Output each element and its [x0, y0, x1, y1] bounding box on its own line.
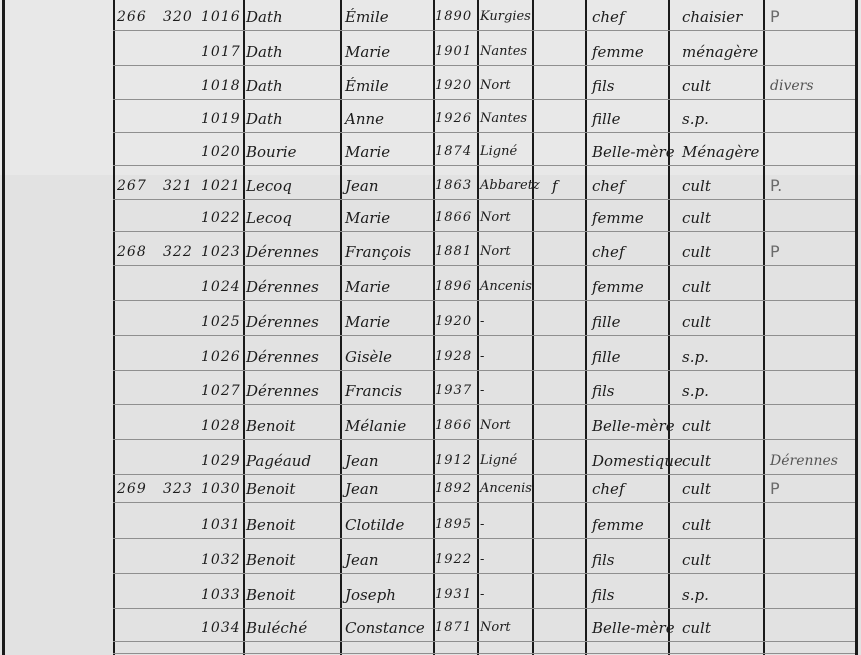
cell-relationship: femme [592, 43, 644, 61]
cell-remarks: P [770, 8, 780, 26]
cell-individual-no: 1021 [201, 177, 241, 195]
cell-birth-year: 1912 [435, 452, 472, 470]
cell-first-name: Clotilde [345, 516, 404, 534]
cell-household-no: 269 [117, 480, 147, 498]
row-rule [113, 231, 855, 232]
cell-individual-no: 1017 [201, 43, 241, 61]
row-rule [113, 300, 855, 301]
cell-birth-year: 1871 [435, 619, 472, 637]
row-rule [113, 653, 855, 654]
cell-individual-no: 1034 [201, 619, 241, 637]
cell-individual-no: 1027 [201, 382, 241, 400]
cell-birthplace: Nort [480, 209, 511, 227]
right-edge-rule [855, 0, 858, 655]
cell-household-no: 266 [117, 8, 147, 26]
cell-relationship: chef [592, 480, 625, 498]
cell-relationship: femme [592, 209, 644, 227]
cell-first-name: Jean [345, 177, 379, 195]
cell-occupation: s.p. [682, 110, 709, 128]
cell-dwelling-no: 321 [163, 177, 193, 195]
row-rule [113, 641, 855, 642]
cell-first-name: Jean [345, 551, 379, 569]
cell-birthplace: Nantes [480, 43, 527, 61]
cell-birth-year: 1892 [435, 480, 472, 498]
cell-relationship: fille [592, 348, 620, 366]
cell-individual-no: 1024 [201, 278, 241, 296]
row-rule [113, 30, 855, 31]
cell-birth-year: 1928 [435, 348, 472, 366]
cell-remarks: P. [770, 177, 782, 195]
cell-birthplace: - [480, 516, 484, 534]
row-rule [113, 165, 855, 166]
cell-surname: Bourie [246, 143, 297, 161]
cell-individual-no: 1022 [201, 209, 241, 227]
cell-birth-year: 1901 [435, 43, 472, 61]
cell-birth-year: 1866 [435, 209, 472, 227]
cell-first-name: François [345, 243, 411, 261]
cell-household-no: 268 [117, 243, 147, 261]
cell-individual-no: 1026 [201, 348, 241, 366]
cell-occupation: chaisier [682, 8, 742, 26]
cell-dwelling-no: 320 [163, 8, 193, 26]
cell-birth-year: 1926 [435, 110, 472, 128]
cell-birthplace: Nantes [480, 110, 527, 128]
cell-birth-year: 1937 [435, 382, 472, 400]
cell-birthplace: - [480, 382, 484, 400]
cell-birth-year: 1890 [435, 8, 472, 26]
cell-relationship: chef [592, 243, 625, 261]
cell-surname: Dath [246, 77, 283, 95]
row-rule [113, 199, 855, 200]
cell-surname: Benoit [246, 480, 295, 498]
cell-occupation: cult [682, 77, 711, 95]
cell-first-name: Gisèle [345, 348, 392, 366]
cell-surname: Dath [246, 43, 283, 61]
cell-remarks: divers [770, 77, 814, 95]
cell-first-name: Mélanie [345, 417, 406, 435]
cell-occupation: cult [682, 209, 711, 227]
cell-birthplace: Kurgies [480, 8, 531, 26]
cell-occupation: cult [682, 480, 711, 498]
row-rule [113, 404, 855, 405]
page-edge-rule [2, 0, 5, 655]
census-register-page: 2663201016DathÉmile1890Kurgieschefchaisi… [0, 0, 861, 655]
cell-birthplace: Nort [480, 619, 511, 637]
cell-first-name: Marie [345, 278, 390, 296]
cell-relationship: chef [592, 8, 625, 26]
cell-individual-no: 1031 [201, 516, 241, 534]
cell-surname: Benoit [246, 516, 295, 534]
cell-occupation: cult [682, 516, 711, 534]
cell-occupation: cult [682, 177, 711, 195]
cell-first-name: Émile [345, 77, 389, 95]
cell-dwelling-no: 322 [163, 243, 193, 261]
cell-birthplace: - [480, 586, 484, 604]
cell-individual-no: 1025 [201, 313, 241, 331]
cell-surname: Dath [246, 8, 283, 26]
cell-surname: Buléché [246, 619, 307, 637]
cell-birthplace: Nort [480, 417, 511, 435]
row-rule [113, 99, 855, 100]
cell-relationship: fils [592, 586, 615, 604]
cell-surname: Dath [246, 110, 283, 128]
cell-individual-no: 1020 [201, 143, 241, 161]
cell-first-name: Joseph [345, 586, 396, 604]
cell-occupation: Ménagère [682, 143, 759, 161]
cell-individual-no: 1029 [201, 452, 241, 470]
cell-birthplace: - [480, 551, 484, 569]
cell-occupation: cult [682, 313, 711, 331]
cell-household-no: 267 [117, 177, 147, 195]
cell-individual-no: 1016 [201, 8, 241, 26]
cell-first-name: Francis [345, 382, 402, 400]
cell-remarks: P [770, 480, 780, 498]
cell-surname: Benoit [246, 586, 295, 604]
cell-birthplace: Abbaretz [480, 177, 540, 195]
cell-individual-no: 1030 [201, 480, 241, 498]
cell-first-name: Constance [345, 619, 425, 637]
row-rule [113, 608, 855, 609]
row-rule [113, 538, 855, 539]
cell-surname: Dérennes [246, 243, 319, 261]
cell-birthplace: Ancenis [480, 480, 532, 498]
cell-relationship: chef [592, 177, 625, 195]
cell-birth-year: 1896 [435, 278, 472, 296]
cell-relationship: fils [592, 551, 615, 569]
cell-surname: Benoit [246, 417, 295, 435]
row-rule [113, 65, 855, 66]
cell-surname: Benoit [246, 551, 295, 569]
row-rule [113, 335, 855, 336]
cell-birth-year: 1866 [435, 417, 472, 435]
row-rule [113, 439, 855, 440]
row-rule [113, 502, 855, 503]
cell-individual-no: 1023 [201, 243, 241, 261]
cell-birth-year: 1895 [435, 516, 472, 534]
cell-occupation: cult [682, 551, 711, 569]
cell-first-name: Émile [345, 8, 389, 26]
cell-first-name: Jean [345, 480, 379, 498]
cell-occupation: s.p. [682, 586, 709, 604]
cell-surname: Pagéaud [246, 452, 311, 470]
cell-relationship: Belle-mère [592, 417, 675, 435]
cell-individual-no: 1033 [201, 586, 241, 604]
cell-birthplace: - [480, 348, 484, 366]
cell-birth-year: 1922 [435, 551, 472, 569]
cell-occupation: cult [682, 243, 711, 261]
cell-birthplace: Nort [480, 77, 511, 95]
cell-surname: Dérennes [246, 313, 319, 331]
cell-nationality-mark: f [552, 177, 558, 195]
cell-relationship: fille [592, 110, 620, 128]
cell-occupation: cult [682, 417, 711, 435]
cell-surname: Lecoq [246, 209, 292, 227]
row-rule [113, 573, 855, 574]
cell-occupation: cult [682, 619, 711, 637]
cell-birth-year: 1920 [435, 313, 472, 331]
cell-relationship: fils [592, 77, 615, 95]
cell-surname: Lecoq [246, 177, 292, 195]
cell-first-name: Anne [345, 110, 384, 128]
cell-occupation: cult [682, 452, 711, 470]
cell-birthplace: Ancenis [480, 278, 532, 296]
cell-birth-year: 1863 [435, 177, 472, 195]
cell-relationship: femme [592, 278, 644, 296]
cell-first-name: Jean [345, 452, 379, 470]
cell-individual-no: 1028 [201, 417, 241, 435]
cell-first-name: Marie [345, 313, 390, 331]
row-rule [113, 370, 855, 371]
cell-occupation: cult [682, 278, 711, 296]
cell-individual-no: 1018 [201, 77, 241, 95]
cell-relationship: Belle-mère [592, 143, 675, 161]
cell-individual-no: 1019 [201, 110, 241, 128]
cell-birth-year: 1874 [435, 143, 472, 161]
cell-occupation: s.p. [682, 382, 709, 400]
cell-relationship: fils [592, 382, 615, 400]
cell-surname: Dérennes [246, 278, 319, 296]
cell-birth-year: 1920 [435, 77, 472, 95]
row-rule [113, 474, 855, 475]
cell-remarks: Dérennes [770, 452, 838, 470]
cell-relationship: Domestique [592, 452, 683, 470]
cell-relationship: femme [592, 516, 644, 534]
row-rule [113, 265, 855, 266]
cell-birth-year: 1931 [435, 586, 472, 604]
cell-birthplace: Ligné [480, 143, 517, 161]
cell-birthplace: - [480, 313, 484, 331]
cell-relationship: fille [592, 313, 620, 331]
cell-birth-year: 1881 [435, 243, 472, 261]
cell-dwelling-no: 323 [163, 480, 193, 498]
cell-surname: Dérennes [246, 348, 319, 366]
cell-occupation: s.p. [682, 348, 709, 366]
cell-birthplace: Ligné [480, 452, 517, 470]
cell-birthplace: Nort [480, 243, 511, 261]
cell-occupation: ménagère [682, 43, 758, 61]
cell-first-name: Marie [345, 43, 390, 61]
cell-surname: Dérennes [246, 382, 319, 400]
cell-first-name: Marie [345, 209, 390, 227]
cell-first-name: Marie [345, 143, 390, 161]
cell-relationship: Belle-mère [592, 619, 675, 637]
cell-individual-no: 1032 [201, 551, 241, 569]
cell-remarks: P [770, 243, 780, 261]
row-rule [113, 132, 855, 133]
